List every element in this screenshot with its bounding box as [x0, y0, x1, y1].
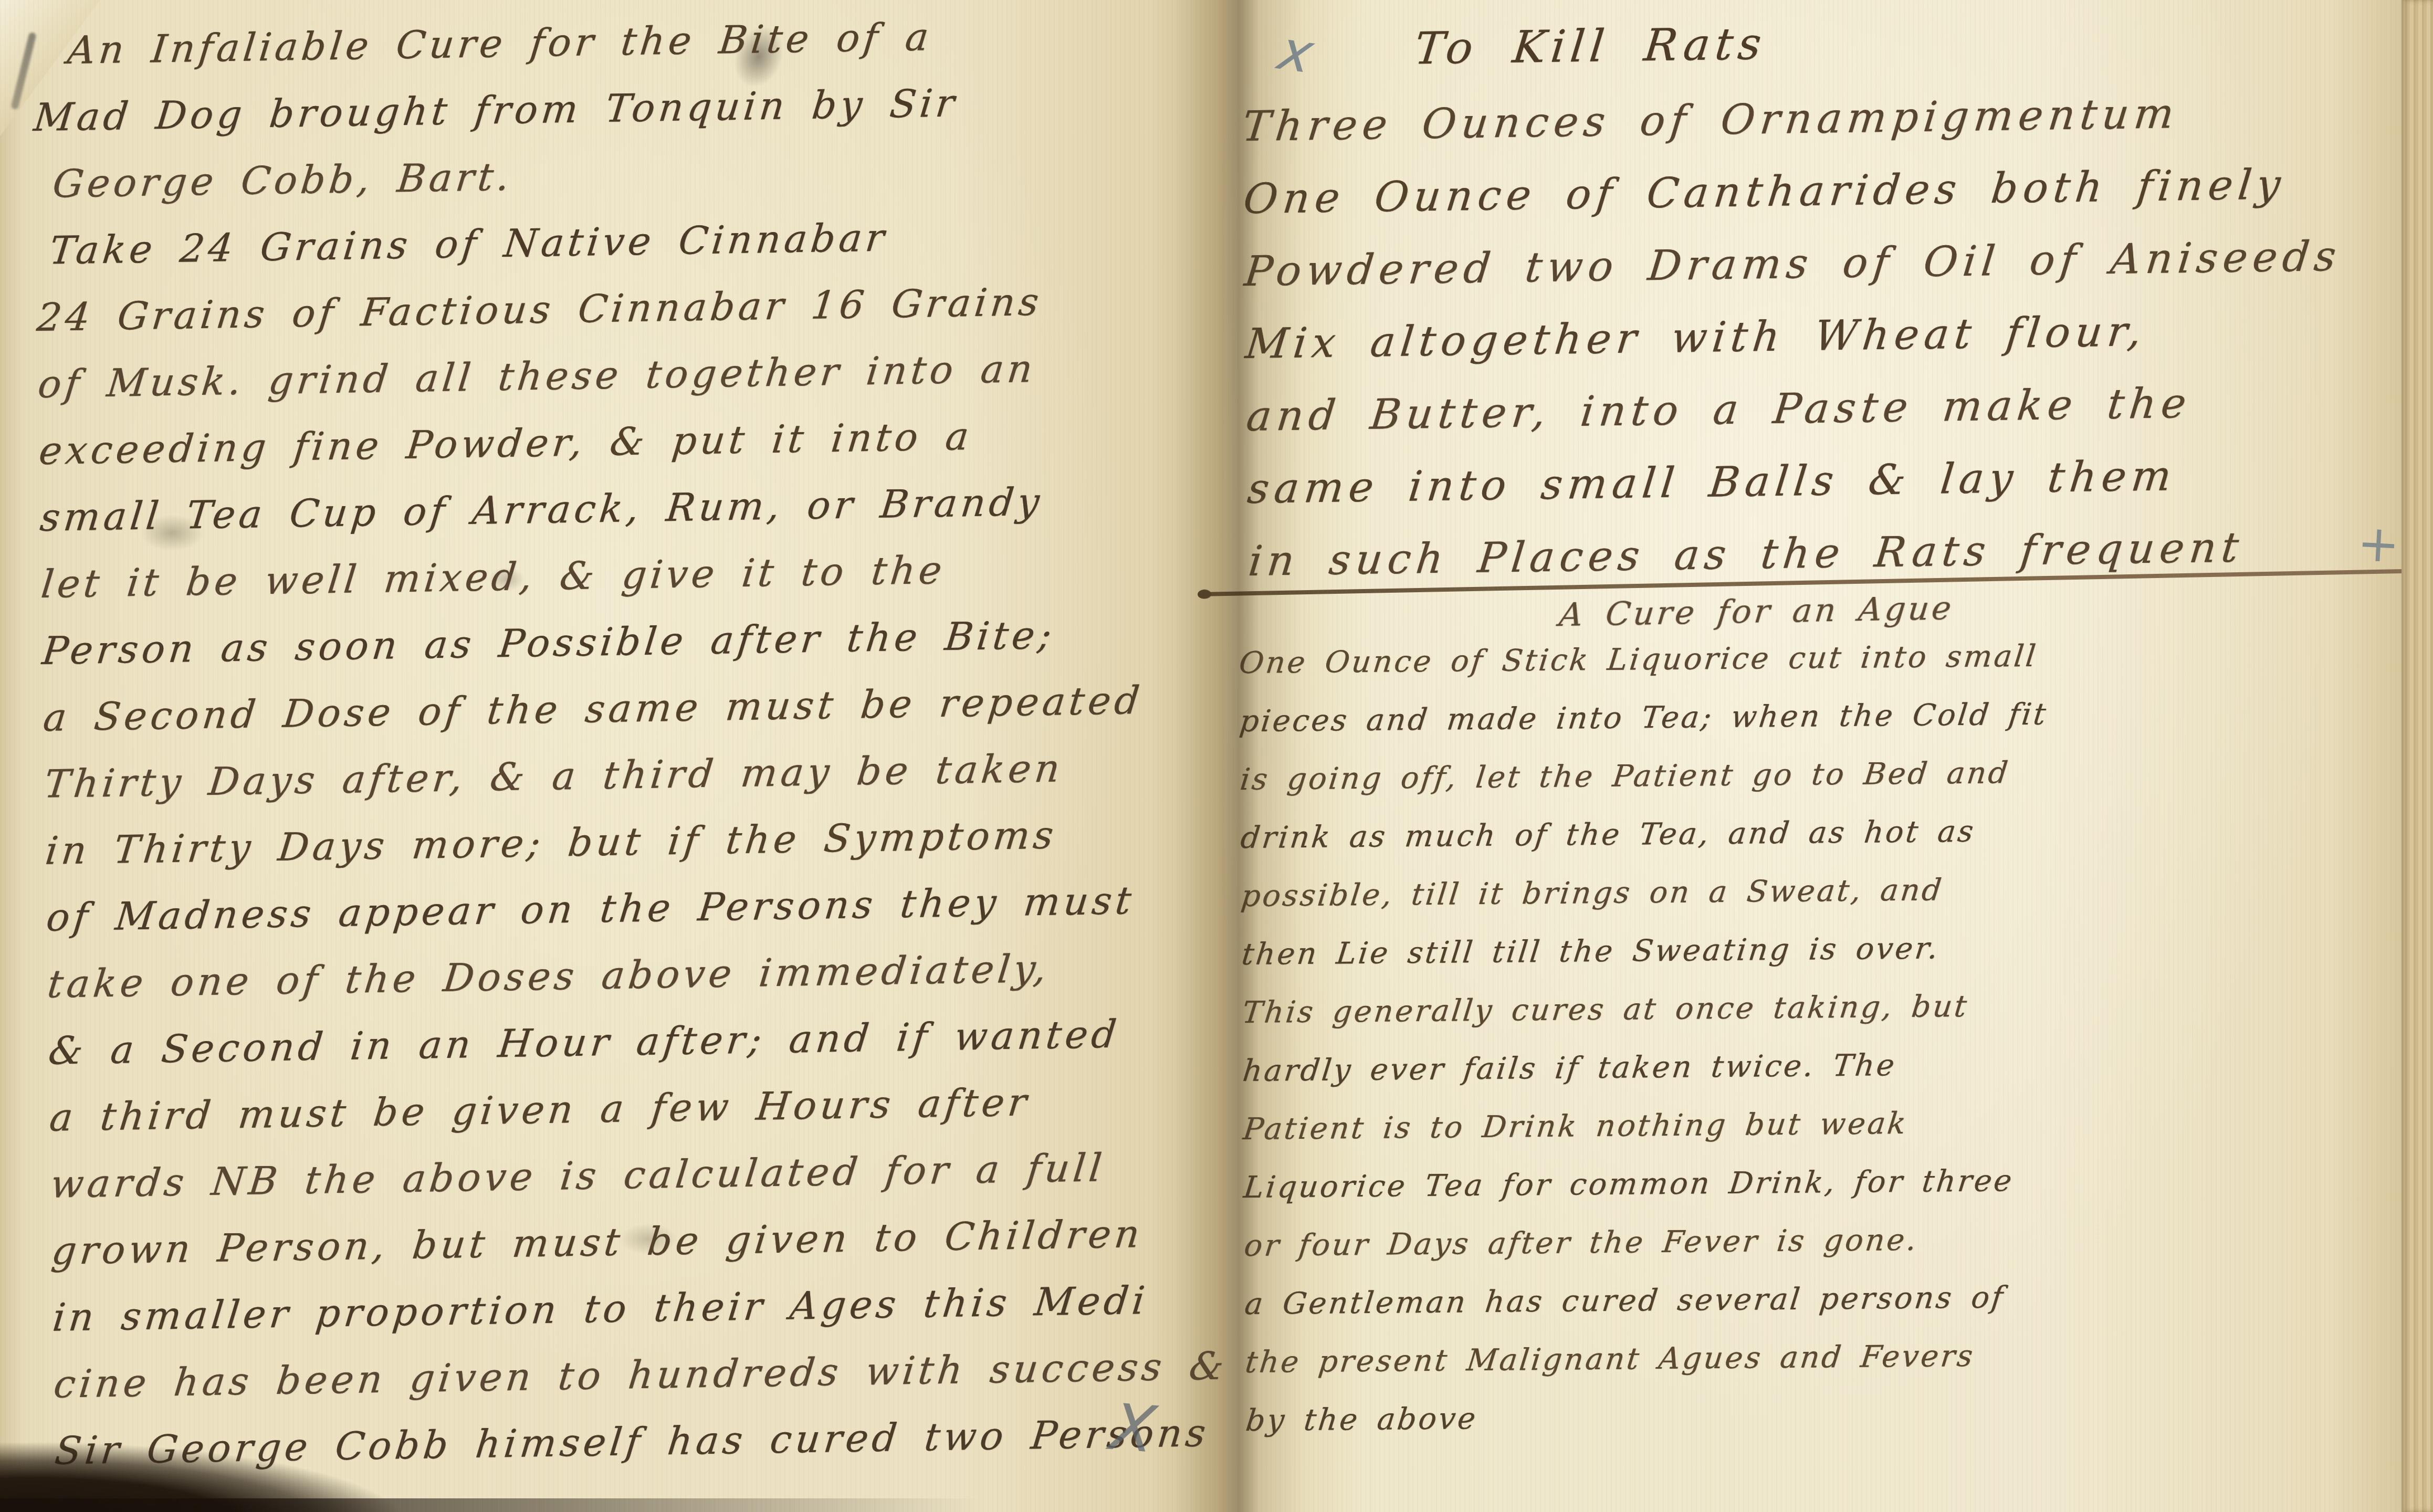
book-cover-edge: [0, 1498, 1223, 1512]
manuscript-line: the present Malignant Agues and Fevers: [1242, 1326, 2057, 1392]
manuscript-line: a Gentleman has cured several persons of: [1242, 1268, 2056, 1333]
page-edge-stack: [2401, 0, 2433, 1512]
manuscript-line: This generally cures at once taking, but: [1239, 976, 2053, 1042]
manuscript-line: is going off, let the Patient go to Bed …: [1237, 744, 2051, 810]
rat-recipe-text: Three Ounces of OrnampigmentumOne Ounce …: [1242, 75, 2345, 597]
pencil-plus-mark: +: [2356, 513, 2401, 574]
manuscript-line: or four Days after the Fever is gone.: [1241, 1210, 2056, 1275]
manuscript-line: Liquorice Tea for common Drink, for thre…: [1241, 1151, 2055, 1217]
manuscript-line: Patient is to Drink nothing but weak: [1240, 1093, 2054, 1159]
manuscript-line: hardly ever fails if taken twice. The: [1240, 1035, 2054, 1100]
ague-cure-text: One Ounce of Stick Liquorice cut into sm…: [1239, 627, 2054, 1450]
manuscript-line: then Lie still till the Sweating is over…: [1239, 918, 2053, 984]
manuscript-line: One Ounce of Stick Liquorice cut into sm…: [1236, 627, 2050, 693]
right-page: x To Kill Rats Three Ounces of Ornampigm…: [1223, 0, 2401, 1512]
manuscript-line: pieces and made into Tea; when the Cold …: [1236, 686, 2051, 751]
left-page-text: An Infaliable Cure for the Bite of aMad …: [33, 0, 1229, 1485]
manuscript-book-spread: An Infaliable Cure for the Bite of aMad …: [0, 0, 2433, 1512]
rat-poison-recipe: To Kill Rats Three Ounces of Ornampigmen…: [1241, 0, 2345, 597]
recipe-heading-ague-cure: A Cure for an Ague: [1557, 589, 1956, 634]
left-page: An Infaliable Cure for the Bite of aMad …: [0, 0, 1223, 1512]
manuscript-line: drink as much of the Tea, and as hot as: [1238, 802, 2052, 868]
manuscript-line: by the above: [1243, 1384, 2057, 1450]
manuscript-line: possible, till it brings on a Sweat, and: [1238, 860, 2052, 926]
